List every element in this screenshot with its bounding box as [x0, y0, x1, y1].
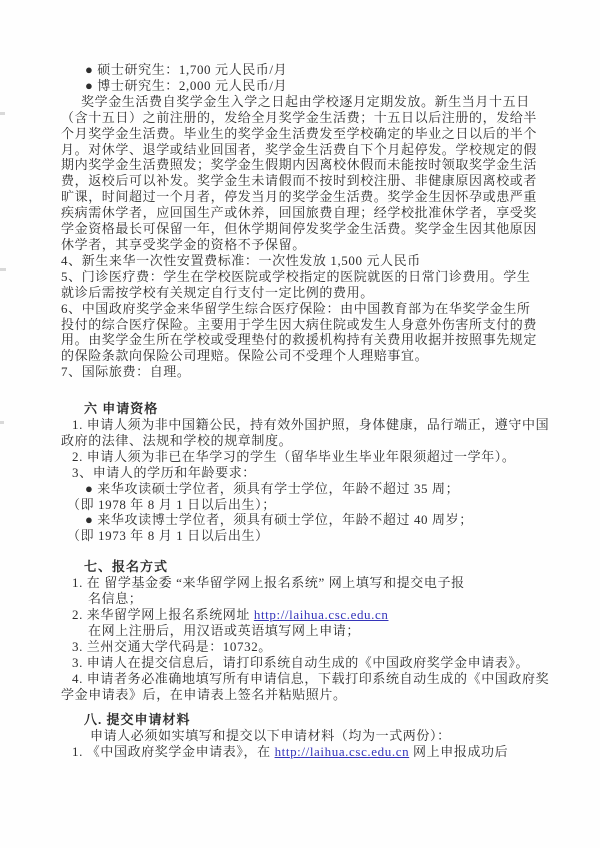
text-line: （含十五日）之前注册的，发给全月奖学金生活费；十五日以后注册的，发给半 — [61, 110, 582, 126]
text-line: 2. 来华留学网上报名系统网址 http://laihua.csc.edu.cn — [61, 607, 582, 623]
text-run: 2. 申请人须为非已在华学习的学生（留华毕业生毕业年限须超过一学年）。 — [72, 449, 516, 464]
text-run: 1. 《中国政府奖学金申请表》，在 — [72, 744, 275, 759]
text-run: 申请人必须如实填写和提交以下申请材料（均为一式两份）： — [90, 728, 451, 743]
text-line: 休学者，其享受奖学金的资格不予保留。 — [61, 237, 582, 253]
text-run: 月。对休学、退学或结业回国者，奖学金生活费自下个月起停发。学校规定的假 — [61, 142, 537, 157]
text-run: 休学者，其享受奖学金的资格不予保留。 — [61, 237, 306, 252]
text-line: 1. 申请人须为非中国籍公民，持有效外国护照，身体健康，品行端正，遵守中国 — [61, 417, 582, 433]
text-run: 7、国际旅费：自理。 — [61, 364, 191, 379]
text-run: 旷课，时间超过一个月者，停发当月的奖学金生活费。奖学金生因怀孕或患严重 — [61, 189, 537, 204]
text-run: 在网上注册后，用汉语或英语填写网上申请； — [88, 623, 360, 638]
text-line: 1. 《中国政府奖学金申请表》，在 http://laihua.csc.edu.… — [61, 744, 582, 760]
text-run: 投付的综合医疗保险。主要用于学生因大病住院或发生人身意外伤害所支付的费 — [61, 317, 537, 332]
text-run: 3. 申请人在提交信息后，请打印系统自动生成的《中国政府奖学金申请表》。 — [72, 655, 529, 670]
scan-artifact — [0, 268, 6, 271]
text-run: 名信息； — [88, 591, 142, 606]
text-line: 期内奖学金生活费照发；奖学金生假期内因离校休假而未能按时领取奖学金生活 — [61, 157, 582, 173]
text-run: 用。由奖学金生所在学校或受理垫付的救援机构持有关费用收据并按照事先规定 — [61, 332, 537, 347]
text-line: ● 博士研究生：2,000 元人民币/月 — [61, 78, 582, 94]
text-run: 1. 申请人须为非中国籍公民，持有效外国护照，身体健康，品行端正，遵守中国 — [72, 417, 549, 432]
text-run: （含十五日）之前注册的，发给全月奖学金生活费；十五日以后注册的，发给半 — [61, 110, 537, 125]
text-line: 学金资格最长可保留一年，但休学期间停发奖学金生活费。奖学金生因其他原因 — [61, 221, 582, 237]
text-run: 费，返校后可以补发。奖学金生未请假而不按时到校注册、非健康原因离校或者 — [61, 173, 537, 188]
text-run: 个月奖学金生活费。毕业生的奖学金生活费发至学校确定的毕业之日以后的半个 — [61, 126, 537, 141]
text-run: 八. 提交申请材料 — [84, 712, 191, 727]
section-heading: 七、报名方式 — [61, 559, 582, 575]
text-line: 5、门诊医疗费：学生在学校医院或学校指定的医院就医的日常门诊费用。学生 — [61, 269, 582, 285]
text-line: 的保险条款向保险公司理赔。保险公司不受理个人理赔事宜。 — [61, 348, 582, 364]
text-line: 名信息； — [61, 591, 582, 607]
text-run: ● 硕士研究生：1,700 元人民币/月 — [85, 62, 287, 77]
text-line: （即 1973 年 8 月 1 日以后出生） — [61, 528, 582, 544]
text-run: 3、申请人的学历和年龄要求： — [72, 465, 256, 480]
text-run: 七、报名方式 — [84, 559, 168, 574]
text-run: （即 1978 年 8 月 1 日以后出生）； — [67, 497, 276, 512]
text-line: 个月奖学金生活费。毕业生的奖学金生活费发至学校确定的毕业之日以后的半个 — [61, 126, 582, 142]
text-line: ● 来华攻读硕士学位者，须具有学士学位，年龄不超过 35 周； — [61, 481, 582, 497]
text-line: ● 来华攻读博士学位者，须具有硕士学位，年龄不超过 40 周岁； — [61, 512, 582, 528]
text-line: 申请人必须如实填写和提交以下申请材料（均为一式两份）： — [61, 728, 582, 744]
text-run: 奖学金生活费自奖学金生入学之日起由学校逐月定期发放。新生当月十五日 — [81, 94, 530, 109]
text-run: 4、新生来华一次性安置费标准：一次性发放 1,500 元人民币 — [61, 253, 421, 268]
text-run: 六 申请资格 — [84, 401, 158, 416]
text-run: 的保险条款向保险公司理赔。保险公司不受理个人理赔事宜。 — [61, 348, 428, 363]
text-line: 疾病需休学者，应回国生产或休养，回国旅费自理；经学校批准休学者，享受奖 — [61, 205, 582, 221]
text-run: 1. 在 留学基金委 “来华留学网上报名系统” 网上填写和提交电子报 — [72, 575, 465, 590]
text-run: 5、门诊医疗费：学生在学校医院或学校指定的医院就医的日常门诊费用。学生 — [61, 269, 531, 284]
text-run: （即 1973 年 8 月 1 日以后出生） — [67, 528, 269, 543]
text-line: （即 1978 年 8 月 1 日以后出生）； — [61, 497, 582, 513]
text-run: ● 来华攻读硕士学位者，须具有学士学位，年龄不超过 35 周； — [85, 481, 459, 496]
text-line: 4. 申请者务必准确地填写所有申请信息，下载打印系统自动生成的《中国政府奖 — [61, 671, 582, 687]
section-heading: 六 申请资格 — [61, 401, 582, 417]
text-line: 在网上注册后，用汉语或英语填写网上申请； — [61, 623, 582, 639]
text-line: 1. 在 留学基金委 “来华留学网上报名系统” 网上填写和提交电子报 — [61, 575, 582, 591]
text-run: 疾病需休学者，应回国生产或休养，回国旅费自理；经学校批准休学者，享受奖 — [61, 205, 537, 220]
text-run: 政府的法律、法规和学校的规章制度。 — [61, 433, 292, 448]
text-line: ● 硕士研究生：1,700 元人民币/月 — [61, 62, 582, 78]
text-line: 费，返校后可以补发。奖学金生未请假而不按时到校注册、非健康原因离校或者 — [61, 173, 582, 189]
text-line: 3. 兰州交通大学代码是：10732。 — [61, 639, 582, 655]
text-line: 投付的综合医疗保险。主要用于学生因大病住院或发生人身意外伤害所支付的费 — [61, 317, 582, 333]
document-page: ● 硕士研究生：1,700 元人民币/月● 博士研究生：2,000 元人民币/月… — [0, 0, 600, 848]
text-line: 2. 申请人须为非已在华学习的学生（留华毕业生毕业年限须超过一学年）。 — [61, 449, 582, 465]
text-line: 3. 申请人在提交信息后，请打印系统自动生成的《中国政府奖学金申请表》。 — [61, 655, 582, 671]
text-run: 2. 来华留学网上报名系统网址 — [72, 607, 254, 622]
scan-artifact — [0, 421, 4, 424]
text-line: 6、中国政府奖学金来华留学生综合医疗保险：由中国教育部为在华奖学金生所 — [61, 301, 582, 317]
text-run: 学金申请表》后，在申请表上签名并粘贴照片。 — [61, 687, 347, 702]
text-line: 7、国际旅费：自理。 — [61, 364, 582, 380]
laihua-url-link[interactable]: http://laihua.csc.edu.cn — [275, 744, 410, 759]
text-block: ● 硕士研究生：1,700 元人民币/月● 博士研究生：2,000 元人民币/月… — [61, 62, 582, 760]
text-line: 3、申请人的学历和年龄要求： — [61, 465, 582, 481]
text-run: 期内奖学金生活费照发；奖学金生假期内因离校休假而未能按时领取奖学金生活 — [61, 157, 537, 172]
text-line: 奖学金生活费自奖学金生入学之日起由学校逐月定期发放。新生当月十五日 — [61, 94, 582, 110]
text-run: ● 博士研究生：2,000 元人民币/月 — [85, 78, 287, 93]
text-run: 3. 兰州交通大学代码是：10732。 — [72, 639, 272, 654]
text-line: 就诊后需按学校有关规定自行支付一定比例的费用。 — [61, 285, 582, 301]
text-line: 4、新生来华一次性安置费标准：一次性发放 1,500 元人民币 — [61, 253, 582, 269]
scan-artifact — [0, 112, 5, 115]
text-run: 学金资格最长可保留一年，但休学期间停发奖学金生活费。奖学金生因其他原因 — [61, 221, 537, 236]
text-run: 4. 申请者务必准确地填写所有申请信息，下载打印系统自动生成的《中国政府奖 — [72, 671, 549, 686]
text-run: ● 来华攻读博士学位者，须具有硕士学位，年龄不超过 40 周岁； — [85, 512, 473, 527]
laihua-url-link[interactable]: http://laihua.csc.edu.cn — [254, 607, 389, 622]
text-run: 就诊后需按学校有关规定自行支付一定比例的费用。 — [61, 285, 374, 300]
text-run: 网上申报成功后 — [409, 744, 508, 759]
text-line: 旷课，时间超过一个月者，停发当月的奖学金生活费。奖学金生因怀孕或患严重 — [61, 189, 582, 205]
text-line: 政府的法律、法规和学校的规章制度。 — [61, 433, 582, 449]
text-run: 6、中国政府奖学金来华留学生综合医疗保险：由中国教育部为在华奖学金生所 — [61, 301, 531, 316]
text-line: 用。由奖学金生所在学校或受理垫付的救援机构持有关费用收据并按照事先规定 — [61, 332, 582, 348]
text-line: 学金申请表》后，在申请表上签名并粘贴照片。 — [61, 687, 582, 703]
text-line: 月。对休学、退学或结业回国者，奖学金生活费自下个月起停发。学校规定的假 — [61, 142, 582, 158]
section-heading: 八. 提交申请材料 — [61, 712, 582, 728]
